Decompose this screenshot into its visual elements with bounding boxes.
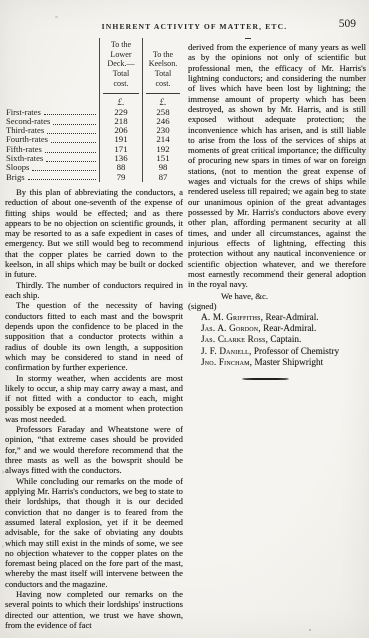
signature-name: A. M. Griffiths, [201,312,263,322]
signed-label: (signed) [188,301,366,312]
signature-title: Professor of Chemistry [252,346,340,356]
page-title: INHERENT ACTIVITY OF MATTER, ETC. [60,22,329,31]
signature-title: Captain. [268,334,301,344]
paragraph: Having now completed our remarks on the … [5,589,183,630]
currency-symbol: £. [99,97,142,108]
signature-line: J. F. Daniell, Professor of Chemistry [188,346,366,357]
dot-leader [45,152,96,153]
paragraph: The question of the necessity of having … [5,300,183,372]
right-column: derived from the experience of many year… [188,42,366,380]
dot-leader [44,114,96,115]
signature-title: Rear-Admiral. [263,312,318,322]
scan-speck [309,629,311,631]
cost-table: To the Lower Deck.— Total cost. To the K… [5,38,183,182]
paragraph: derived from the experience of many year… [188,42,366,290]
paragraph: In stormy weather, when accidents are mo… [5,373,183,425]
row-label-text: Brigs [6,173,25,182]
table-cell: 87 [142,173,183,182]
section-divider-rule [242,378,289,380]
signature-line: Jas. A. Gordon, Rear-Admiral. [188,323,366,334]
left-column: To the Lower Deck.— Total cost. To the K… [5,38,183,630]
signature-name: Jas. Clarke Ross, [201,334,268,344]
table-col-header-lower-deck: To the Lower Deck.— Total cost. [99,38,142,91]
signature-name: J. F. Daniell, [201,346,252,356]
table-currency-spacer [5,97,99,108]
signature-line: Jno. Fincham, Master Shipwright [188,357,366,368]
paragraph: By this plan of abbreviating the conduct… [5,187,183,280]
signature-title: Master Shipwright [252,357,323,367]
dot-leader [28,179,96,180]
signature-name: Jas. A. Gordon, [201,323,261,333]
currency-symbol: £. [142,97,183,108]
scanned-book-page: INHERENT ACTIVITY OF MATTER, ETC. 509 To… [0,0,369,638]
dot-leader [32,170,96,171]
table-cell: 79 [99,173,142,182]
dot-leader [46,161,96,162]
table-row-label: Brigs [5,173,99,182]
scan-artifact-dash [245,38,251,39]
paragraph: Thirdly. The number of conductors requir… [5,280,183,301]
signature-line: Jas. Clarke Ross, Captain. [188,334,366,345]
running-header: INHERENT ACTIVITY OF MATTER, ETC. 509 [0,18,369,34]
signature-line: A. M. Griffiths, Rear-Admiral. [188,312,366,323]
dot-leader [53,124,96,125]
scan-speck [2,545,4,548]
page-number: 509 [339,18,356,30]
signature-title: Rear-Admiral. [261,323,316,333]
closing-line: We have, &c. [188,291,366,302]
paragraph: Professors Faraday and Wheatstone were o… [5,424,183,476]
dot-leader [47,133,96,134]
scan-speck [2,470,4,474]
scan-speck [55,16,58,18]
dot-leader [51,142,96,143]
table-col-header-keelson: To the Keelson. Total cost. [142,38,183,91]
paragraph: While concluding our remarks on the mode… [5,476,183,589]
signature-name: Jno. Fincham, [201,357,252,367]
table-header-spacer [5,38,99,91]
